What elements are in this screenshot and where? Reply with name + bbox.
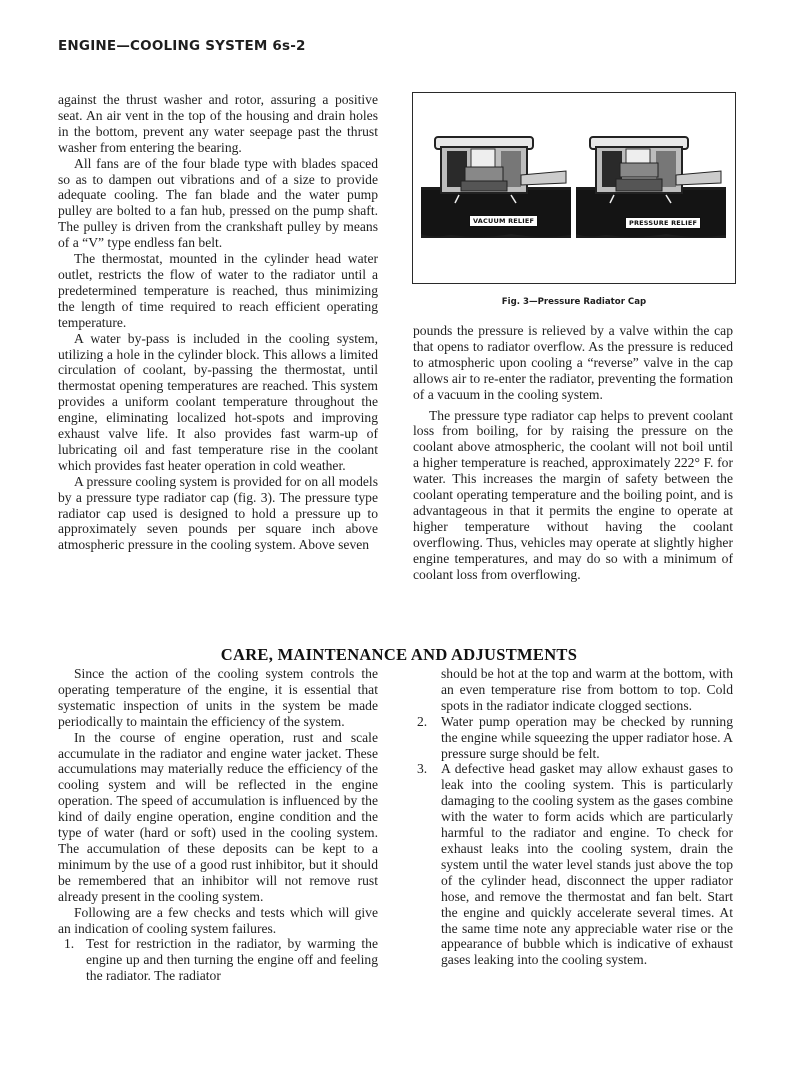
list-item: 2. Water pump operation may be checked b… [413, 714, 733, 762]
column-left-top: against the thrust washer and rotor, ass… [58, 92, 378, 553]
section-heading: CARE, MAINTENANCE AND ADJUSTMENTS [58, 645, 740, 665]
list-item-continuation: should be hot at the top and warm at the… [413, 666, 733, 714]
paragraph: The pressure type radiator cap helps to … [413, 408, 733, 583]
list-number: 2. [417, 714, 441, 762]
vacuum-relief-label: VACUUM RELIEF [469, 215, 538, 227]
paragraph: Since the action of the cooling system c… [58, 666, 378, 730]
paragraph: A water by-pass is included in the cooli… [58, 331, 378, 474]
list-text: Test for restriction in the radiator, by… [86, 936, 378, 984]
paragraph: The thermostat, mounted in the cylinder … [58, 251, 378, 331]
figure-caption: Fig. 3—Pressure Radiator Cap [412, 297, 736, 307]
pressure-relief-label: PRESSURE RELIEF [625, 217, 701, 229]
paragraph: A pressure cooling system is provided fo… [58, 474, 378, 554]
column-left-bottom: Since the action of the cooling system c… [58, 666, 378, 984]
list-number: 3. [417, 761, 441, 968]
paragraph: Following are a few checks and tests whi… [58, 905, 378, 937]
page-header: ENGINE—COOLING SYSTEM 6s-2 [58, 38, 306, 54]
list-number: 1. [64, 936, 86, 984]
paragraph: against the thrust washer and rotor, ass… [58, 92, 378, 156]
paragraph: pounds the pressure is relieved by a val… [413, 323, 733, 403]
figure-pressure-radiator-cap: VACUUM RELIEF PRESSURE RELIEF [412, 92, 736, 284]
paragraph: In the course of engine operation, rust … [58, 730, 378, 905]
paragraph: All fans are of the four blade type with… [58, 156, 378, 251]
list-item: 3. A defective head gasket may allow exh… [413, 761, 733, 968]
list-item: 1. Test for restriction in the radiator,… [58, 936, 378, 984]
list-text: Water pump operation may be checked by r… [441, 714, 733, 762]
column-right-bottom: should be hot at the top and warm at the… [413, 666, 733, 968]
list-text: A defective head gasket may allow exhaus… [441, 761, 733, 968]
column-right-top: pounds the pressure is relieved by a val… [413, 323, 733, 583]
